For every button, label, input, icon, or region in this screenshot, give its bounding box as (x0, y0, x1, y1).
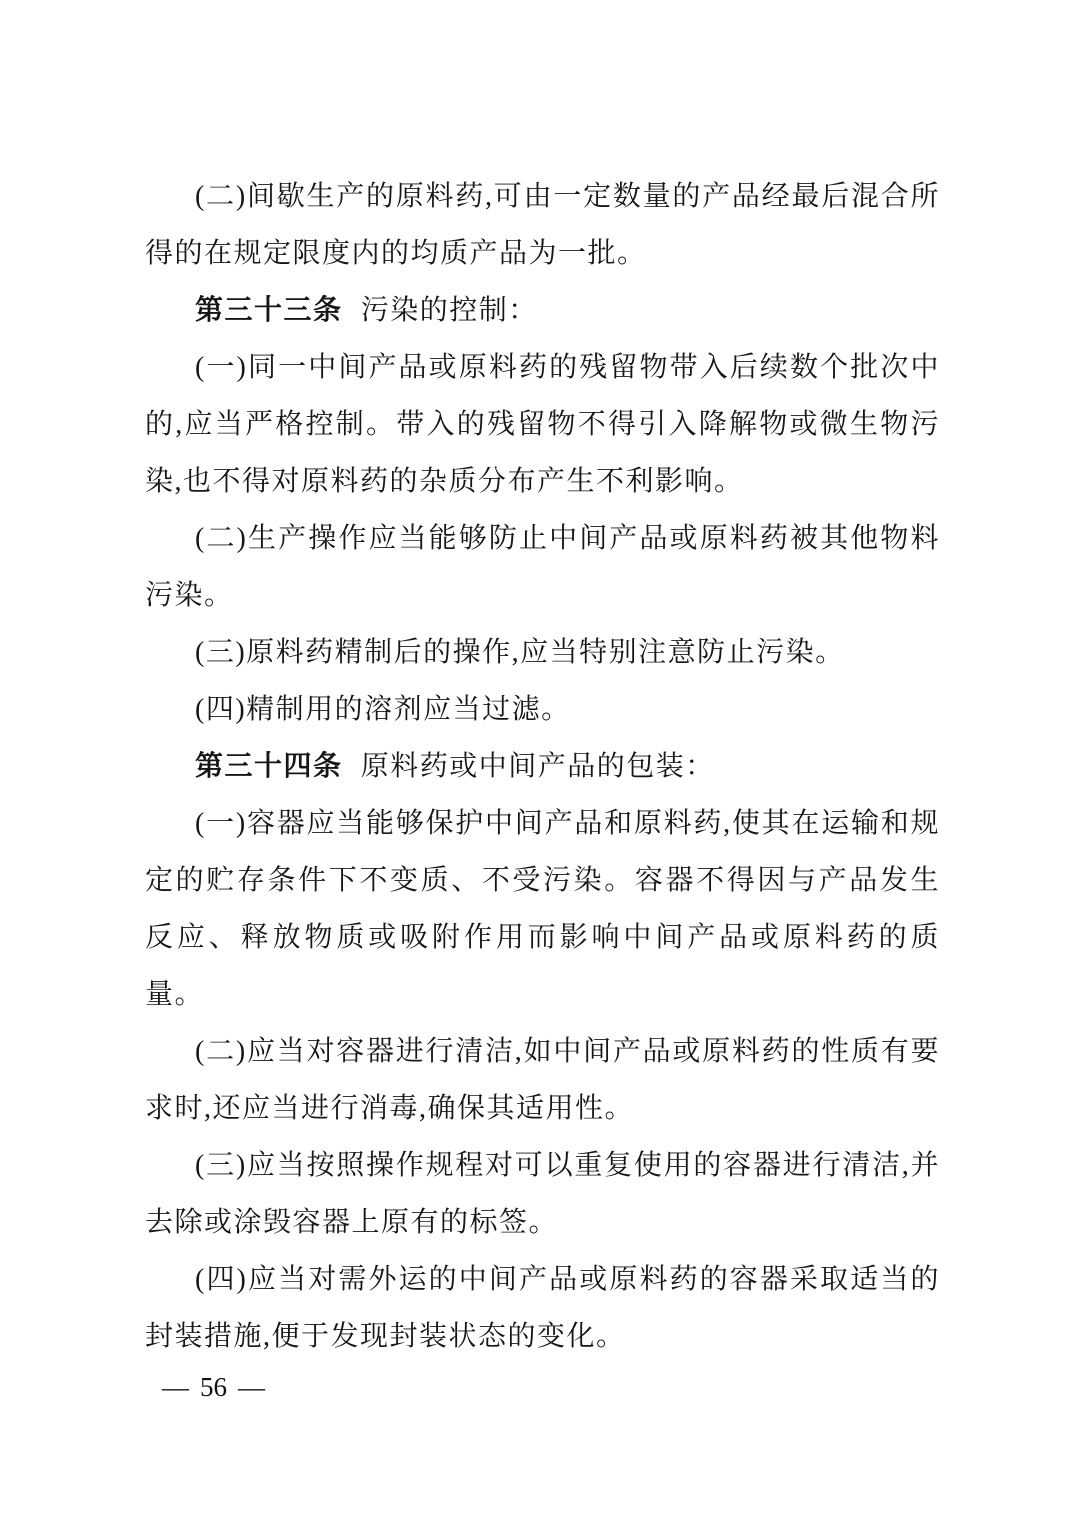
paragraph-text: (二)间歇生产的原料药,可由一定数量的产品经最后混合所得的在规定限度内的均质产品… (145, 181, 940, 269)
paragraph-text: (一)容器应当能够保护中间产品和原料药,使其在运输和规定的贮存条件下不变质、不受… (145, 808, 940, 1010)
paragraph-text: (三)应当按照操作规程对可以重复使用的容器进行清洁,并去除或涂毁容器上原有的标签… (145, 1150, 940, 1238)
body-paragraph: (三)应当按照操作规程对可以重复使用的容器进行清洁,并去除或涂毁容器上原有的标签… (145, 1137, 940, 1251)
body-paragraph: (四)精制用的溶剂应当过滤。 (145, 681, 940, 738)
footer-page-number: 56 (200, 1372, 227, 1402)
document-page: (二)间歇生产的原料药,可由一定数量的产品经最后混合所得的在规定限度内的均质产品… (0, 0, 1080, 1527)
article-heading: 第三十三条污染的控制： (145, 282, 940, 339)
body-paragraph: (二)生产操作应当能够防止中间产品或原料药被其他物料污染。 (145, 510, 940, 624)
paragraph-text: (三)原料药精制后的操作,应当特别注意防止污染。 (195, 637, 845, 668)
body-paragraph: (一)容器应当能够保护中间产品和原料药,使其在运输和规定的贮存条件下不变质、不受… (145, 795, 940, 1023)
paragraph-text: (四)精制用的溶剂应当过滤。 (195, 694, 571, 725)
page-footer: —56— (162, 1372, 265, 1402)
body-paragraph: (四)应当对需外运的中间产品或原料药的容器采取适当的封装措施,便于发现封装状态的… (145, 1251, 940, 1365)
body-paragraph: (二)间歇生产的原料药,可由一定数量的产品经最后混合所得的在规定限度内的均质产品… (145, 168, 940, 282)
footer-dash-right: — (238, 1372, 265, 1402)
article-number: 第三十三条 (195, 295, 343, 326)
paragraph-text: (二)生产操作应当能够防止中间产品或原料药被其他物料污染。 (145, 523, 940, 611)
footer-dash-left: — (162, 1372, 189, 1402)
paragraph-text: 污染的控制： (361, 295, 538, 326)
paragraph-text: 原料药或中间产品的包装： (361, 751, 715, 782)
article-heading: 第三十四条原料药或中间产品的包装： (145, 738, 940, 795)
paragraph-text: (四)应当对需外运的中间产品或原料药的容器采取适当的封装措施,便于发现封装状态的… (145, 1264, 940, 1352)
document-body: (二)间歇生产的原料药,可由一定数量的产品经最后混合所得的在规定限度内的均质产品… (145, 168, 940, 1365)
body-paragraph: (二)应当对容器进行清洁,如中间产品或原料药的性质有要求时,还应当进行消毒,确保… (145, 1023, 940, 1137)
body-paragraph: (一)同一中间产品或原料药的残留物带入后续数个批次中的,应当严格控制。带入的残留… (145, 339, 940, 510)
article-number: 第三十四条 (195, 751, 343, 782)
paragraph-text: (一)同一中间产品或原料药的残留物带入后续数个批次中的,应当严格控制。带入的残留… (145, 352, 940, 497)
body-paragraph: (三)原料药精制后的操作,应当特别注意防止污染。 (145, 624, 940, 681)
paragraph-text: (二)应当对容器进行清洁,如中间产品或原料药的性质有要求时,还应当进行消毒,确保… (145, 1036, 940, 1124)
